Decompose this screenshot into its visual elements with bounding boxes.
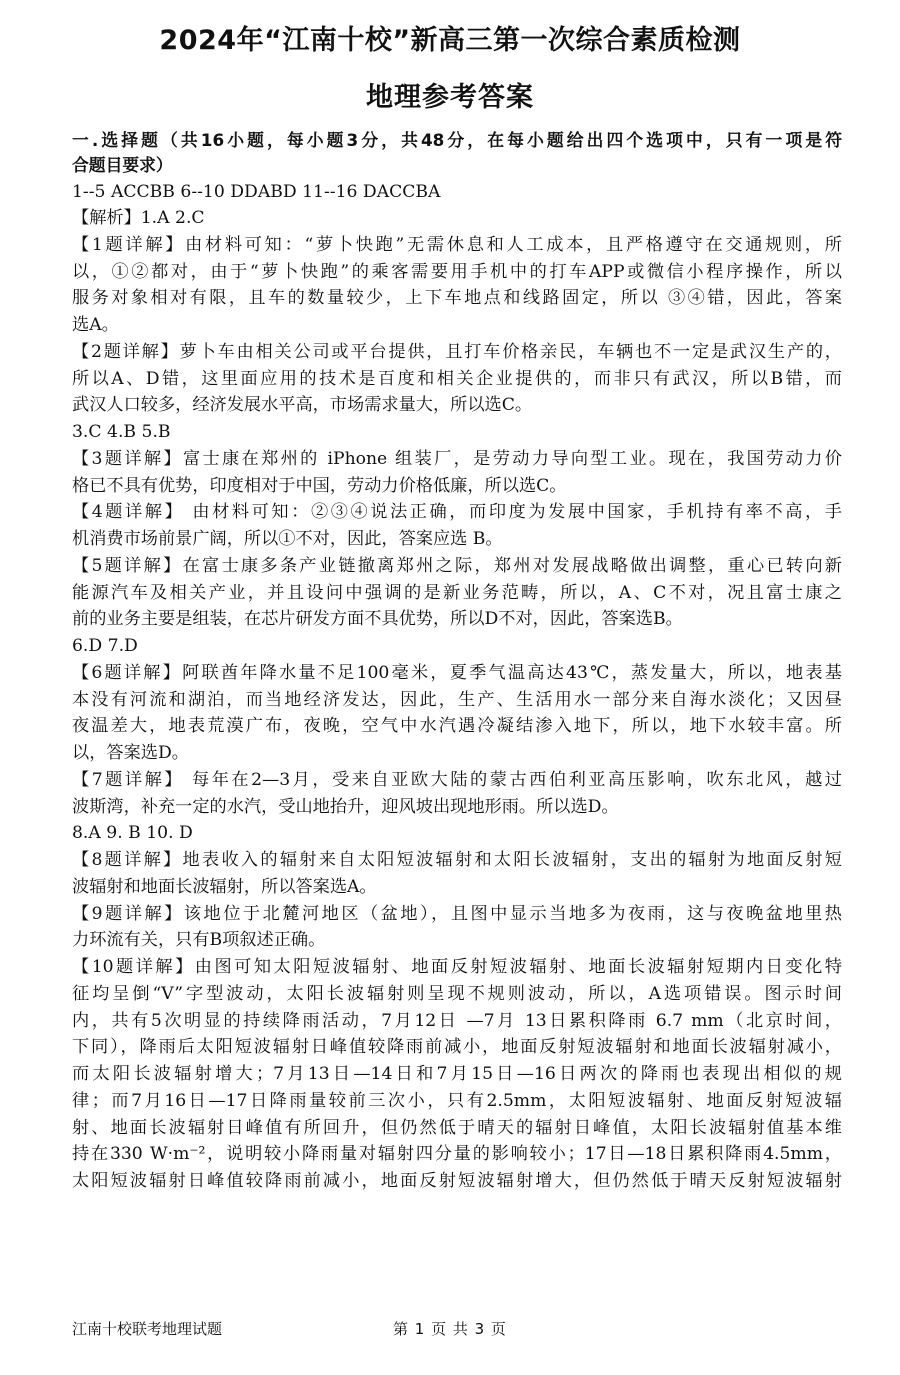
document-title: 2024年“江南十校”新高三第一次综合素质检测 xyxy=(0,18,900,57)
text-line: 8.A 9. B 10. D xyxy=(72,821,842,845)
text-line: 【9题详解】该地位于北麓河地区（盆地），且图中显示当地多为夜雨，这与夜晚盆地里热 xyxy=(72,902,842,926)
text-line: 【1题详解】由材料可知：“萝卜快跑”无需休息和人工成本，且严格遵守在交通规则，所 xyxy=(72,233,842,257)
text-line: 服务对象相对有限，且车的数量较少，上下车地点和线路固定，所以 ③④错，因此，答案 xyxy=(72,286,842,310)
text-line: 太阳短波辐射日峰值较降雨前减小，地面反射短波辐射增大，但仍然低于晴天反射短波辐射 xyxy=(72,1169,842,1193)
footer-page-number: 第 1 页 共 3 页 xyxy=(393,1318,507,1339)
text-line: 本没有河流和湖泊，而当地经济发达，因此，生产、生活用水一部分来自海水淡化；又因昼 xyxy=(72,688,842,712)
text-line: 征均呈倒“V”字型波动，太阳长波辐射则呈现不规则波动，所以，A选项错误。图示时间 xyxy=(72,982,842,1006)
text-line: 力环流有关，只有B项叙述正确。 xyxy=(72,928,842,952)
text-line: 【5题详解】在富士康多条产业链撤离郑州之际，郑州对发展战略做出调整，重心已转向新 xyxy=(72,554,842,578)
text-line: 6.D 7.D xyxy=(72,634,842,658)
text-line: 前的业务主要是组装，在芯片研发方面不具优势，所以D不对，因此，答案选B。 xyxy=(72,607,842,631)
text-line: 以，①②都对，由于“萝卜快跑”的乘客需要用手机中的打车APP或微信小程序操作，所… xyxy=(72,260,842,284)
text-line: 选A。 xyxy=(72,313,842,337)
text-line: 持在330 W·m⁻²，说明较小降雨量对辐射四分量的影响较小；17日—18日累积… xyxy=(72,1142,842,1166)
text-line: 下同），降雨后太阳短波辐射日峰值较降雨前减小，地面反射短波辐射和地面长波辐射减小… xyxy=(72,1035,842,1059)
text-line: 【6题详解】阿联酋年降水量不足100毫米，夏季气温高达43℃，蒸发量大，所以，地… xyxy=(72,661,842,685)
text-line: 【3题详解】富士康在郑州的 iPhone 组装厂，是劳动力导向型工业。现在，我国… xyxy=(72,447,842,471)
text-line: 所以A、D错，这里面应用的技术是百度和相关企业提供的，而非只有武汉，所以B错，而 xyxy=(72,367,842,391)
text-line: 波辐射和地面长波辐射，所以答案选A。 xyxy=(72,875,842,899)
footer-exam-name: 江南十校联考地理试题 xyxy=(72,1318,222,1339)
text-line: 【2题详解】萝卜车由相关公司或平台提供，且打车价格亲民，车辆也不一定是武汉生产的… xyxy=(72,340,842,364)
text-line: 【8题详解】地表收入的辐射来自太阳短波辐射和太阳长波辐射，支出的辐射为地面反射短 xyxy=(72,848,842,872)
text-line: 武汉人口较多，经济发展水平高，市场需求量大，所以选C。 xyxy=(72,393,842,417)
text-line: 以，答案选D。 xyxy=(72,741,842,765)
text-line: 【7题详解】 每年在2—3月，受来自亚欧大陆的蒙古西伯利亚高压影响，吹东北风，越… xyxy=(72,768,842,792)
answer-key: 1--5 ACCBB 6--10 DDABD 11--16 DACCBA xyxy=(72,180,842,204)
text-line: 3.C 4.B 5.B xyxy=(72,420,842,444)
text-line: 【4题详解】 由材料可知：②③④说法正确，而印度为发展中国家，手机持有率不高，手 xyxy=(72,500,842,524)
text-line: 机消费市场前景广阔，所以①不对，因此，答案应选 B。 xyxy=(72,527,842,551)
text-line: 内，共有5次明显的持续降雨活动，7月12日 —7月 13日累积降雨 6.7 mm… xyxy=(72,1009,842,1033)
text-line: 【10题详解】由图可知太阳短波辐射、地面反射短波辐射、地面长波辐射短期内日变化特 xyxy=(72,955,842,979)
document-subtitle: 地理参考答案 xyxy=(0,75,900,114)
text-line: 能源汽车及相关产业，并且设问中强调的是新业务范畴，所以，A、C不对，况且富士康之 xyxy=(72,581,842,605)
text-line: 而太阳长波辐射增大；7月13日—14日和7月15日—16日两次的降雨也表现出相似… xyxy=(72,1062,842,1086)
text-line: 律；而7月16日—17日降雨量较前三次小，只有2.5mm，太阳短波辐射、地面反射… xyxy=(72,1089,842,1113)
text-line: 射、地面长波辐射日峰值有所回升，但仍然低于晴天的辐射日峰值，太阳长波辐射值基本维 xyxy=(72,1116,842,1140)
text-line: 波斯湾，补充一定的水汽，受山地抬升，迎风坡出现地形雨。所以选D。 xyxy=(72,795,842,819)
text-line: 格已不具有优势，印度相对于中国，劳动力价格低廉，所以选C。 xyxy=(72,474,842,498)
section-heading: 一.选择题（共16小题，每小题3分，共48分，在每小题给出四个选项中，只有一项是… xyxy=(72,128,842,152)
text-line: 夜温差大，地表荒漠广布，夜晚，空气中水汽遇冷凝结渗入地下，所以，地下水较丰富。所 xyxy=(72,714,842,738)
section-heading-cont: 合题目要求） xyxy=(72,153,842,177)
text-line: 【解析】1.A 2.C xyxy=(72,206,842,230)
